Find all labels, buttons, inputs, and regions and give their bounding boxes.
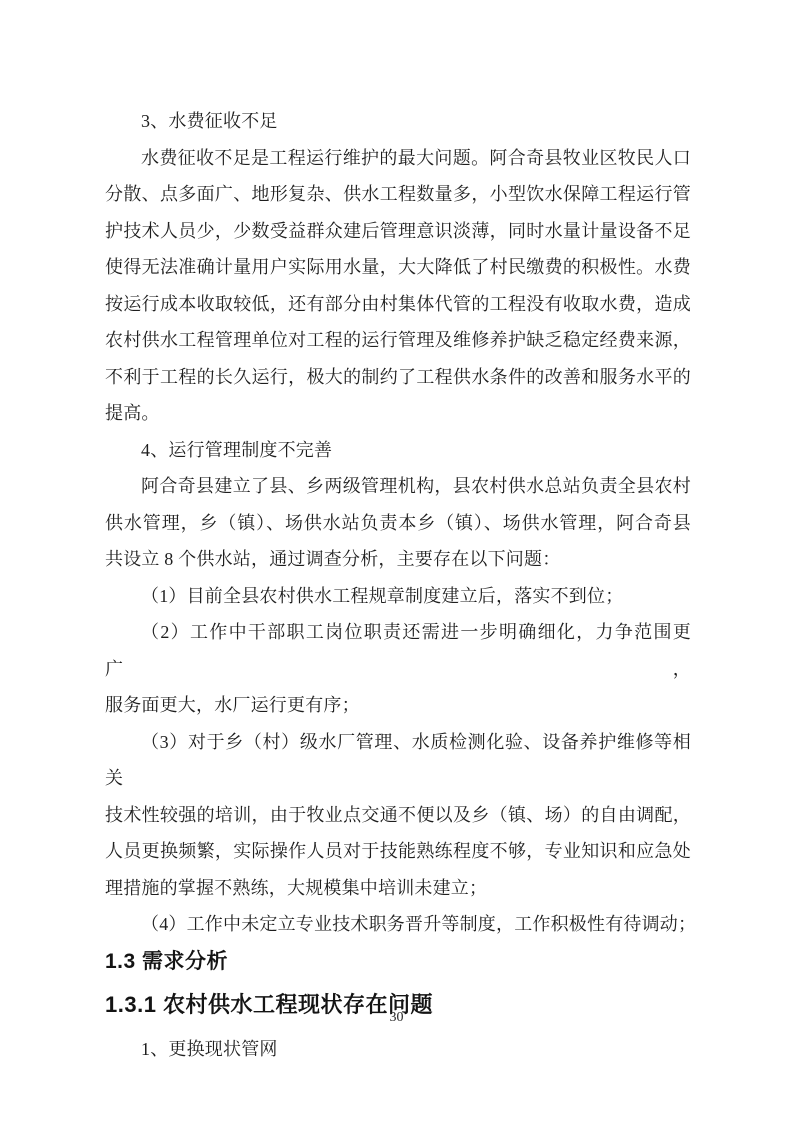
body-line: 分散、点多面广、地形复杂、供水工程数量多，小型饮水保障工程运行管 xyxy=(105,176,691,213)
body-line: 按运行成本收取较低，还有部分由村集体代管的工程没有收取水费，造成 xyxy=(105,286,691,323)
body-line: 使得无法准确计量用户实际用水量，大大降低了村民缴费的积极性。水费 xyxy=(105,249,691,286)
numbered-item-1-title: 1、更换现状管网 xyxy=(105,1031,691,1068)
list-item-3: （3）对于乡（村）级水厂管理、水质检测化验、设备养护维修等相关 xyxy=(105,724,691,797)
body-line: 人员更换频繁，实际操作人员对于技能熟练程度不够，专业知识和应急处 xyxy=(105,833,691,870)
list-item-4: （4）工作中未定立专业技术职务晋升等制度，工作积极性有待调动； xyxy=(105,906,691,943)
section-heading-1-3: 1.3 需求分析 xyxy=(105,947,691,977)
numbered-item-3-title: 3、水费征收不足 xyxy=(105,103,691,140)
list-item-2: （2）工作中干部职工岗位职责还需进一步明确细化，力争范围更广， xyxy=(105,614,691,687)
body-line: 护技术人员少，少数受益群众建后管理意识淡薄，同时水量计量设备不足 xyxy=(105,213,691,250)
body-line: 提高。 xyxy=(105,395,691,432)
document-page: 3、水费征收不足 水费征收不足是工程运行维护的最大问题。阿合奇县牧业区牧民人口 … xyxy=(0,0,793,1122)
body-line: 水费征收不足是工程运行维护的最大问题。阿合奇县牧业区牧民人口 xyxy=(105,140,691,177)
body-line: 服务面更大，水厂运行更有序； xyxy=(105,687,691,724)
body-line: 供水管理，乡（镇）、场供水站负责本乡（镇）、场供水管理，阿合奇县 xyxy=(105,505,691,542)
body-line: 理措施的掌握不熟练，大规模集中培训未建立； xyxy=(105,870,691,907)
body-line: 不利于工程的长久运行，极大的制约了工程供水条件的改善和服务水平的 xyxy=(105,359,691,396)
page-body: 3、水费征收不足 水费征收不足是工程运行维护的最大问题。阿合奇县牧业区牧民人口 … xyxy=(105,103,691,1067)
body-line: 农村供水工程管理单位对工程的运行管理及维修养护缺乏稳定经费来源， xyxy=(105,322,691,359)
numbered-item-4-title: 4、运行管理制度不完善 xyxy=(105,432,691,469)
page-number: 30 xyxy=(0,1010,793,1026)
body-line: 阿合奇县建立了县、乡两级管理机构，县农村供水总站负责全县农村 xyxy=(105,468,691,505)
list-item-1: （1）目前全县农村供水工程规章制度建立后，落实不到位； xyxy=(105,578,691,615)
body-line: 技术性较强的培训，由于牧业点交通不便以及乡（镇、场）的自由调配， xyxy=(105,797,691,834)
body-line: 共设立 8 个供水站，通过调查分析，主要存在以下问题： xyxy=(105,541,691,578)
